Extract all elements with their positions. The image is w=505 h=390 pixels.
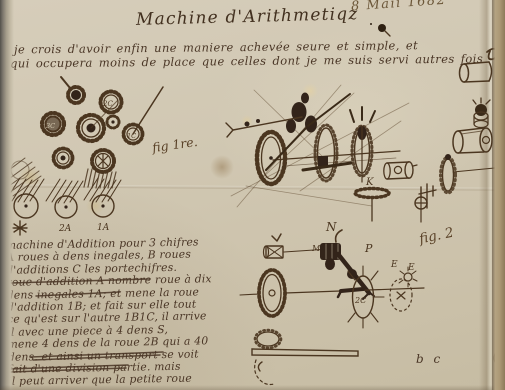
label-n: N (325, 220, 337, 234)
ink-blot (370, 23, 390, 36)
binding-edge (0, 0, 14, 390)
manuscript-page: 8 Maii 1682 Machine d'Arithmetiqz je cro… (0, 0, 505, 390)
bottom-edge-shadow (0, 385, 505, 390)
figure1-mechanism: K (226, 85, 417, 221)
figure2-mechanism: M N P E E 2C (240, 190, 427, 328)
label-k: K (365, 177, 374, 188)
label-p: P (364, 242, 373, 255)
label-e1: E (390, 260, 398, 270)
rod-and-pinion-sketch (252, 330, 358, 385)
label-wheel-2c: 2C (354, 296, 366, 305)
label-m: M (311, 244, 321, 253)
gear-cluster-fig1: 2C 3C 1C (1, 77, 163, 196)
strikethrough-marks (8, 279, 163, 372)
adjacent-page-edge (492, 0, 505, 390)
gear-label-3c: 3C (46, 122, 55, 130)
wheel-label-1a: 1A (97, 223, 110, 233)
gear-label-1c: 1C (127, 132, 136, 140)
label-e2: E (407, 263, 415, 273)
gear-label-2c: 2C (102, 100, 113, 108)
ink-sketches: 2C 3C 1C 2A 1A (0, 0, 505, 390)
wheel-label-2a: 2A (58, 224, 72, 234)
